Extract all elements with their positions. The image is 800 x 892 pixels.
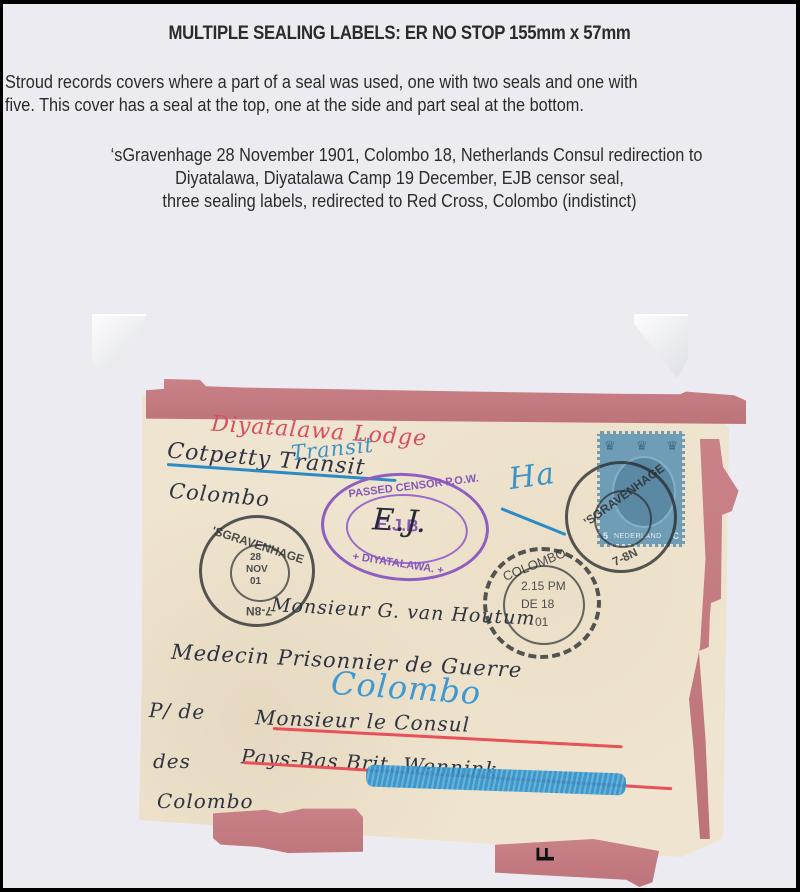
photo-mount-corner-left [92,314,146,378]
intro-line: five. This cover has a seal at the top, … [5,93,709,116]
intro-paragraph: Stroud records covers where a part of a … [5,70,709,116]
crown-icon: ♛ [666,438,678,454]
postmark-day: 28 [250,552,261,563]
page-title: MULTIPLE SEALING LABELS: ER NO STOP 155m… [51,23,749,45]
cover-description: ‘sGravenhage 28 November 1901, Colombo 1… [51,143,749,212]
postal-cover: F Diyatalawa Lodge Cotpetty Transit Colo… [131,379,731,859]
handwritten-line5: Colombo [157,789,254,813]
sealing-label-bottom-left [213,805,363,865]
description-line: Diyatalawa, Diyatalawa Camp 19 December,… [51,166,749,189]
exhibit-page: MULTIPLE SEALING LABELS: ER NO STOP 155m… [3,4,796,888]
crown-icon: ♛ [604,438,616,454]
photo-mount-corner-right [634,314,688,378]
postmark-gravenhage-right: 'SGRAVENHAGE 7-8N [565,461,677,573]
postmark-time: 7-8N [610,545,639,569]
censor-initials: E.J. [371,502,427,540]
crown-icon: ♛ [636,438,648,454]
description-line: ‘sGravenhage 28 November 1901, Colombo 1… [65,143,749,166]
handwritten-line3-prefix: P/ de [149,698,206,724]
handwritten-line4-prefix: des [153,749,191,773]
postmark-time: 2.15 PM [521,579,566,593]
postmark-colombo: COLOMBO 2.15 PM DE 18 01 [483,547,601,659]
postmark-month: NOV [246,564,268,575]
description-line: three sealing labels, redirected to Red … [51,189,749,212]
blue-note-right: Ha [507,456,557,497]
postmark-time: 7-8N [246,604,272,618]
intro-line: Stroud records covers where a part of a … [5,70,709,93]
postmark-year: 01 [250,576,261,587]
postmark-year: 01 [535,615,548,629]
letter-marking: F [532,847,561,862]
